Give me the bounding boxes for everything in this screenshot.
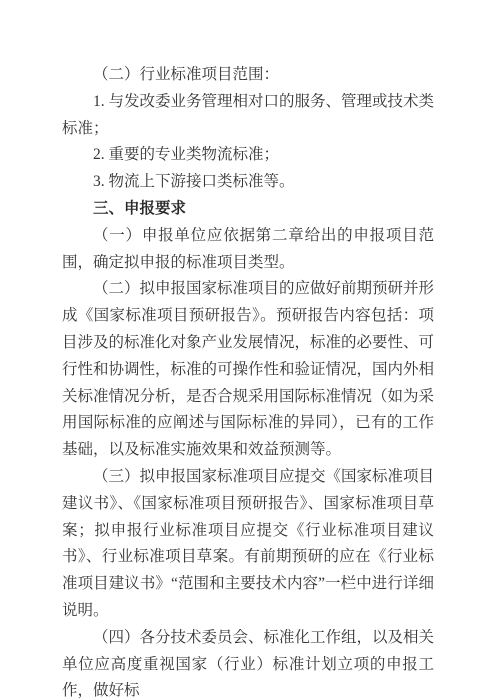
paragraph: 1. 与发改委业务管理相对口的服务、管理或技术类标准； [62, 89, 434, 143]
paragraph: （三）拟申报国家标准项目应提交《国家标准项目建议书》、《国家标准项目预研报告》、… [62, 464, 434, 625]
paragraph: （二）行业标准项目范围： [62, 62, 434, 89]
paragraph: （四）各分技术委员会、标准化工作组，以及相关单位应高度重视国家（行业）标准计划立… [62, 625, 434, 700]
paragraph: （二）拟申报国家标准项目的应做好前期预研并形成《国家标准项目预研报告》。预研报告… [62, 276, 434, 464]
paragraph: 2. 重要的专业类物流标准； [62, 142, 434, 169]
paragraph: 3. 物流上下游接口类标准等。 [62, 169, 434, 196]
document-page: （二）行业标准项目范围：1. 与发改委业务管理相对口的服务、管理或技术类标准；2… [0, 0, 495, 700]
section-heading: 三、申报要求 [62, 196, 434, 223]
paragraph: （一）申报单位应依据第二章给出的申报项目范围，确定拟申报的标准项目类型。 [62, 223, 434, 277]
document-body-text: （二）行业标准项目范围：1. 与发改委业务管理相对口的服务、管理或技术类标准；2… [62, 62, 434, 700]
